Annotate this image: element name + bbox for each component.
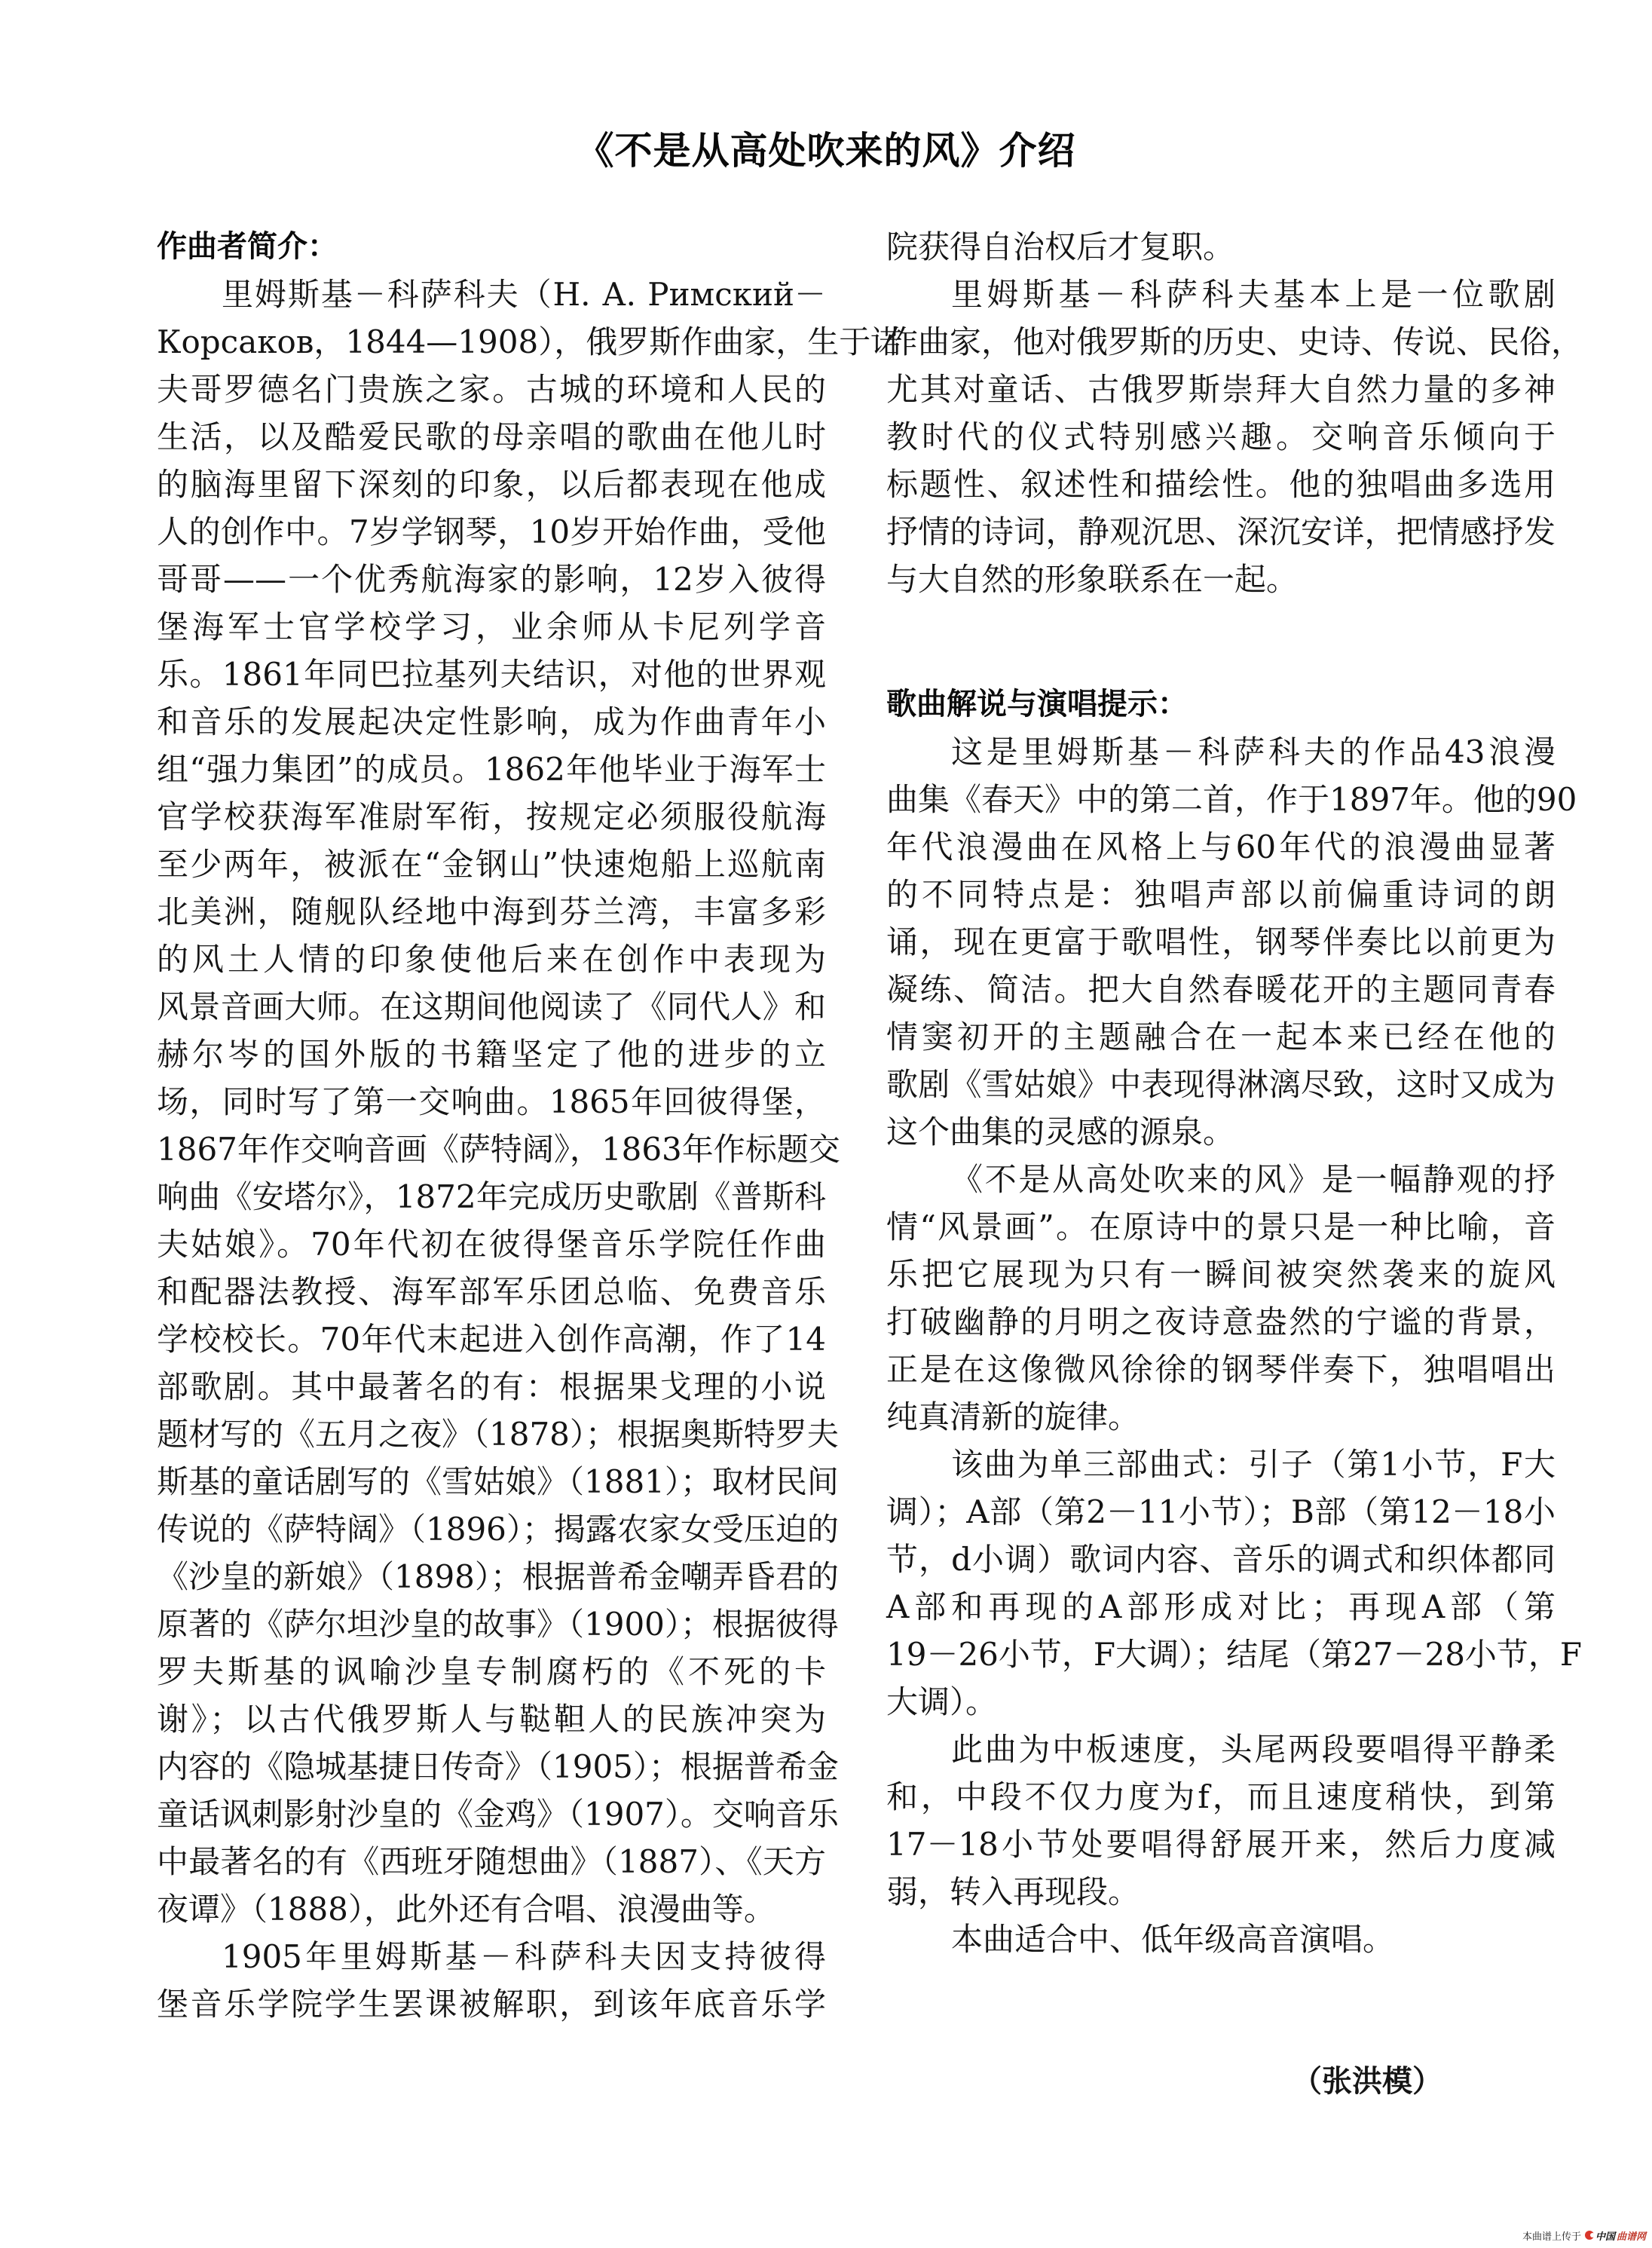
section-spacer [886, 651, 1556, 681]
paragraph-line: 此曲为中板速度，头尾两段要唱得平静柔 [886, 1726, 1556, 1773]
paragraph-line: 17－18小节处要唱得舒展开来，然后力度减 [886, 1821, 1556, 1868]
paragraph-line: 的脑海里留下深刻的印象，以后都表现在他成 [157, 461, 826, 508]
paragraph-line: 尤其对童话、古俄罗斯崇拜大自然力量的多神 [886, 366, 1556, 413]
paragraph-line: 里姆斯基－科萨科夫（Н. А. Римский－ [157, 271, 826, 318]
section-heading-song-notes: 歌曲解说与演唱提示： [886, 681, 1556, 728]
paragraph-line: 学校校长。70年代末起进入创作高潮，作了14 [157, 1315, 826, 1363]
paragraph-line: 哥哥——一个优秀航海家的影响，12岁入彼得 [157, 556, 826, 603]
watermark-prefix: 本曲谱上传于 [1522, 2228, 1581, 2243]
paragraph-line: 谢》；以古代俄罗斯人与鞑靼人的民族冲突为 [157, 1695, 826, 1743]
paragraph-line: 弱，转入再现段。 [886, 1868, 1556, 1916]
paragraph-line: 情窦初开的主题融合在一起本来已经在他的 [886, 1013, 1556, 1061]
paragraph-line: 夫哥罗德名门贵族之家。古城的环境和人民的 [157, 366, 826, 413]
paragraph-line: 罗夫斯基的讽喻沙皇专制腐朽的《不死的卡 [157, 1648, 826, 1695]
paragraph-line: 和配器法教授、海军部军乐团总临、免费音乐 [157, 1268, 826, 1315]
paragraph-line: 人的创作中。7岁学钢琴，10岁开始作曲，受他 [157, 508, 826, 556]
author-signature: （张洪模） [886, 2058, 1556, 2106]
section-spacer [886, 603, 1556, 651]
paragraph-line: 和音乐的发展起决定性影响，成为作曲青年小 [157, 698, 826, 746]
paragraph-line: 堡音乐学院学生罢课被解职，到该年底音乐学 [157, 1980, 826, 2028]
paragraph-line: Корсаков，1844—1908），俄罗斯作曲家，生于诺 [157, 318, 826, 366]
upload-watermark: 本曲谱上传于 中国 曲谱网 [1522, 2227, 1646, 2243]
watermark-brand-part2: 曲谱网 [1617, 2228, 1646, 2243]
paragraph-line: 官学校获海军准尉军衔，按规定必须服役航海 [157, 793, 826, 841]
paragraph-line: 情“风景画”。在原诗中的景只是一种比喻，音 [886, 1203, 1556, 1251]
paragraph-line: 童话讽刺影射沙皇的《金鸡》（1907）。交响音乐 [157, 1790, 826, 1838]
paragraph-line: 抒情的诗词，静观沉思、深沉安详，把情感抒发 [886, 508, 1556, 556]
paragraph-line: 和，中段不仅力度为f，而且速度稍快，到第 [886, 1773, 1556, 1821]
qupu-logo-icon [1585, 2231, 1594, 2240]
paragraph-line: 1867年作交响音画《萨特阔》，1863年作标题交 [157, 1126, 826, 1173]
paragraph-line: 场，同时写了第一交响曲。1865年回彼得堡， [157, 1078, 826, 1126]
paragraph-line: 歌剧《雪姑娘》中表现得淋漓尽致，这时又成为 [886, 1061, 1556, 1108]
paragraph-line: 的不同特点是：独唱声部以前偏重诗词的朗 [886, 871, 1556, 918]
paragraph-line: A部和再现的A部形成对比；再现A部（第 [886, 1583, 1556, 1631]
paragraph-line: 风景音画大师。在这期间他阅读了《同代人》和 [157, 983, 826, 1031]
paragraph-line: 题材写的《五月之夜》（1878）；根据奥斯特罗夫 [157, 1410, 826, 1458]
left-column: 作曲者简介： 里姆斯基－科萨科夫（Н. А. Римский－ Корсаков… [157, 223, 826, 2028]
paragraph-line: 传说的《萨特阔》（1896）；揭露农家女受压迫的 [157, 1505, 826, 1553]
paragraph-line: 乐把它展现为只有一瞬间被突然袭来的旋风 [886, 1251, 1556, 1298]
paragraph-line: 堡海军士官学校学习，业余师从卡尼列学音 [157, 603, 826, 651]
paragraph-line: 院获得自治权后才复职。 [886, 223, 1556, 271]
page-title: 《不是从高处吹来的风》介绍 [0, 121, 1652, 175]
paragraph-line: 打破幽静的月明之夜诗意盎然的宁谧的背景， [886, 1298, 1556, 1346]
watermark-logo: 中国 曲谱网 [1585, 2228, 1646, 2243]
paragraph-line: 与大自然的形象联系在一起。 [886, 556, 1556, 603]
paragraph-line: 标题性、叙述性和描绘性。他的独唱曲多选用 [886, 461, 1556, 508]
paragraph-line: 北美洲，随舰队经地中海到芬兰湾，丰富多彩 [157, 888, 826, 936]
paragraph-line: 调）；A部（第2－11小节）；B部（第12－18小 [886, 1488, 1556, 1536]
paragraph-line: 作曲家，他对俄罗斯的历史、史诗、传说、民俗， [886, 318, 1556, 366]
paragraph-line: 夫姑娘》。70年代初在彼得堡音乐学院任作曲 [157, 1220, 826, 1268]
paragraph-line: 内容的《隐城基捷日传奇》（1905）；根据普希金 [157, 1743, 826, 1790]
paragraph-line: 大调）。 [886, 1678, 1556, 1726]
paragraph-line: 诵，现在更富于歌唱性，钢琴伴奏比以前更为 [886, 918, 1556, 966]
watermark-brand-part1: 中国 [1595, 2228, 1615, 2243]
paragraph-line: 19－26小节，F大调）；结尾（第27－28小节，F [886, 1631, 1556, 1678]
paragraph-line: 本曲适合中、低年级高音演唱。 [886, 1916, 1556, 1963]
paragraph-line: 里姆斯基－科萨科夫基本上是一位歌剧 [886, 271, 1556, 318]
paragraph-line: 斯基的童话剧写的《雪姑娘》（1881）；取材民间 [157, 1458, 826, 1505]
paragraph-line: 原著的《萨尔坦沙皇的故事》（1900）；根据彼得 [157, 1600, 826, 1648]
paragraph-line: 曲集《春天》中的第二首，作于1897年。他的90 [886, 776, 1556, 823]
paragraph-line: 至少两年，被派在“金钢山”快速炮船上巡航南 [157, 841, 826, 888]
paragraph-line: 中最著名的有《西班牙随想曲》（1887）、《天方 [157, 1838, 826, 1885]
right-column: 院获得自治权后才复职。 里姆斯基－科萨科夫基本上是一位歌剧 作曲家，他对俄罗斯的… [886, 223, 1556, 2106]
paragraph-line: 响曲《安塔尔》，1872年完成历史歌剧《普斯科 [157, 1173, 826, 1220]
paragraph-line: 夜谭》（1888），此外还有合唱、浪漫曲等。 [157, 1885, 826, 1933]
paragraph-line: 正是在这像微风徐徐的钢琴伴奏下，独唱唱出 [886, 1346, 1556, 1393]
paragraph-line: 乐。1861年同巴拉基列夫结识，对他的世界观 [157, 651, 826, 698]
paragraph-line: 该曲为单三部曲式：引子（第1小节，F大 [886, 1441, 1556, 1488]
paragraph-line: 赫尔岑的国外版的书籍坚定了他的进步的立 [157, 1031, 826, 1078]
paragraph-line: 《沙皇的新娘》（1898）；根据普希金嘲弄昏君的 [157, 1553, 826, 1600]
section-spacer [886, 1963, 1556, 2011]
paragraph-line: 这是里姆斯基－科萨科夫的作品43浪漫 [886, 728, 1556, 776]
paragraph-line: 的风土人情的印象使他后来在创作中表现为 [157, 936, 826, 983]
paragraph-line: 《不是从高处吹来的风》是一幅静观的抒 [886, 1156, 1556, 1203]
paragraph-line: 节，d小调）歌词内容、音乐的调式和织体都同 [886, 1536, 1556, 1583]
paragraph-line: 部歌剧。其中最著名的有：根据果戈理的小说 [157, 1363, 826, 1410]
section-heading-composer-intro: 作曲者简介： [157, 223, 826, 271]
paragraph-line: 这个曲集的灵感的源泉。 [886, 1108, 1556, 1156]
paragraph-line: 教时代的仪式特别感兴趣。交响音乐倾向于 [886, 413, 1556, 461]
paragraph-line: 1905年里姆斯基－科萨科夫因支持彼得 [157, 1933, 826, 1980]
section-spacer [886, 2011, 1556, 2058]
paragraph-line: 纯真清新的旋律。 [886, 1393, 1556, 1441]
paragraph-line: 凝练、简洁。把大自然春暖花开的主题同青春 [886, 966, 1556, 1013]
paragraph-line: 年代浪漫曲在风格上与60年代的浪漫曲显著 [886, 823, 1556, 871]
paragraph-line: 组“强力集团”的成员。1862年他毕业于海军士 [157, 746, 826, 793]
paragraph-line: 生活，以及酷爱民歌的母亲唱的歌曲在他儿时 [157, 413, 826, 461]
